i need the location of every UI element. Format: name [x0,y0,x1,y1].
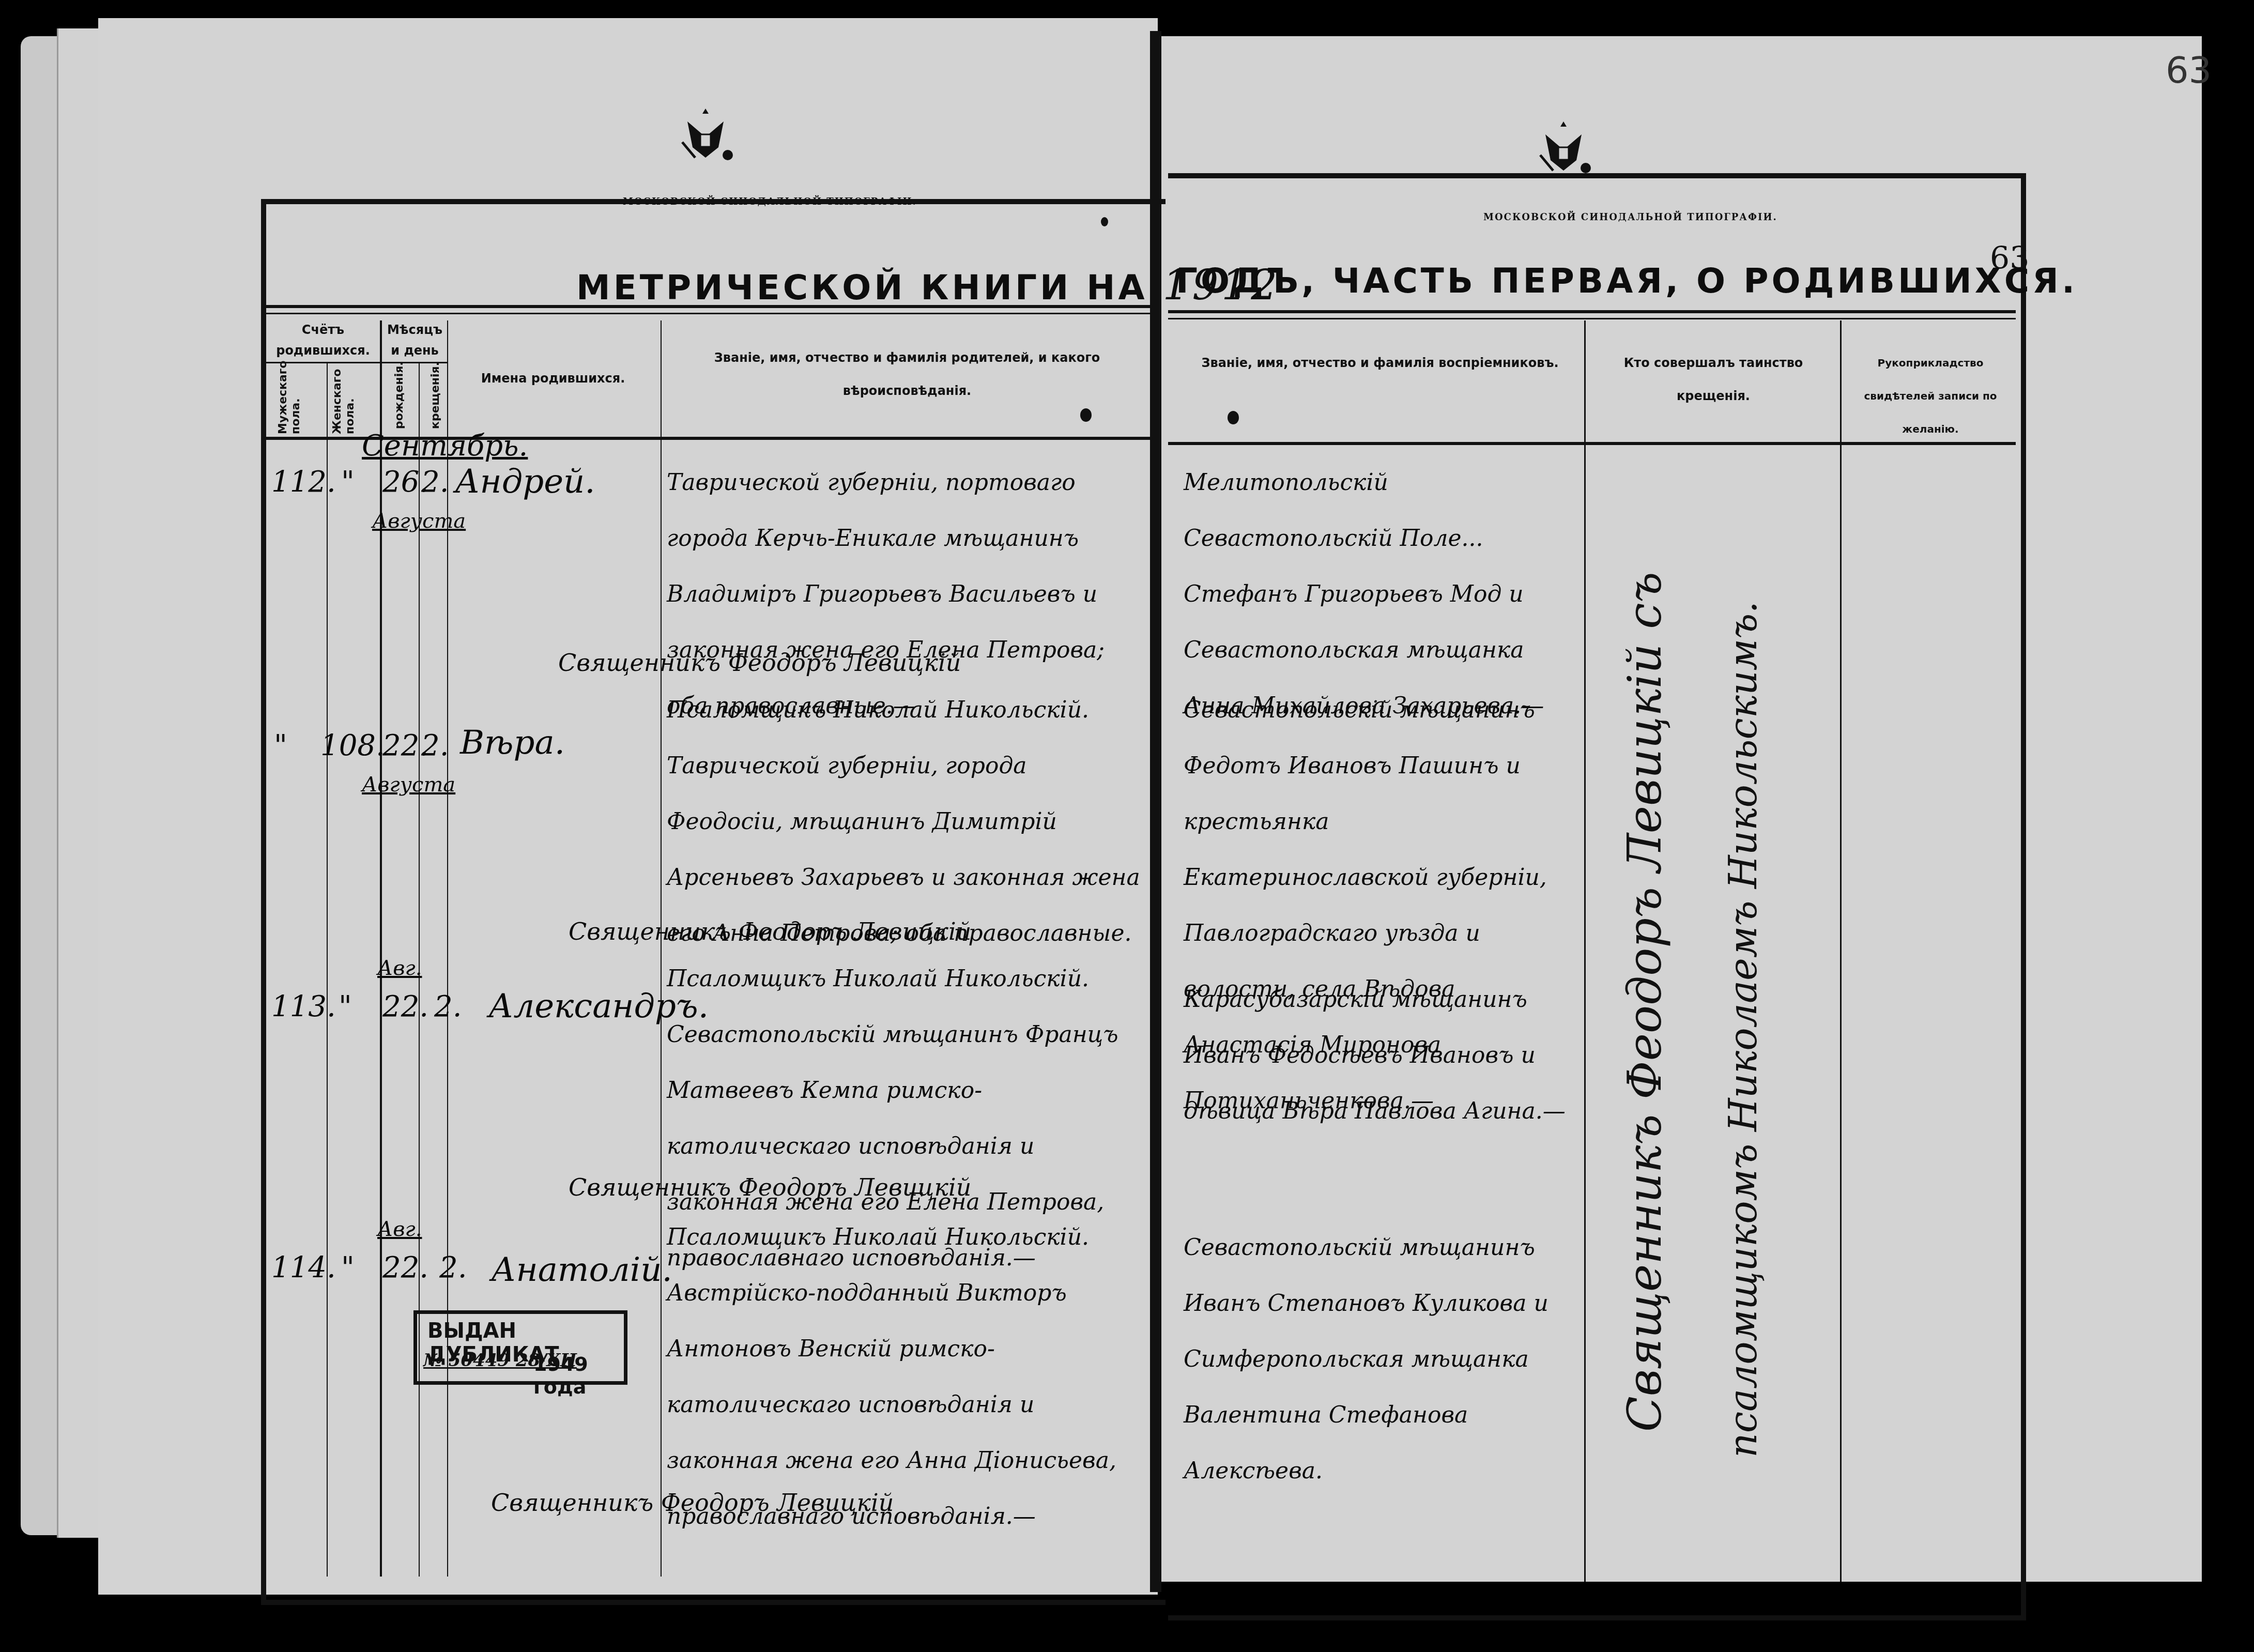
col-divider [1840,320,1842,1582]
female-number: 108. [320,729,385,762]
godparents-text: Севастопольскій мѣщанинъ Иванъ Степановъ… [1184,1220,1576,1499]
godparents-text: Карасубазарскій мѣщанинъ Иванъ Федосѣевъ… [1184,972,1576,1139]
col-subheader-rule [266,362,447,363]
baptism-day: 2. [434,990,462,1023]
col-divider [327,362,328,1577]
baptism-day: 2. [421,465,449,499]
baptism-day: 2. [439,1251,467,1284]
birth-day: 22. [382,1251,428,1284]
col-header-baptism: крещенія. [429,372,442,429]
entry-signature: Священникъ Феодоръ Левицкій [558,649,961,677]
entry-signature: Священникъ Феодоръ Левицкій [569,917,971,945]
col-header-names: Имена родившихся. [450,362,656,395]
stamp-year: 1949 года [533,1353,624,1398]
entry-signature: Священникъ Феодоръ Левицкій [491,1489,894,1517]
month-heading: Сентябрь. [362,429,528,463]
pencil-page-number: 63 [2166,49,2212,91]
col-divider [661,320,662,1577]
binding-hole [1228,411,1239,424]
imperial-eagle-crest-icon [667,106,744,173]
col-header-witnesses: Рукоприкладство свидѣтелей записи по жел… [1845,346,2016,446]
page-title-left: МЕТРИЧЕСКОЙ КНИГИ НА 1912 [576,261,1280,309]
birth-month: Авг. [377,956,422,980]
male-number: 112. [271,465,336,499]
binding-hole [1080,408,1092,422]
male-number: " [274,729,287,762]
birth-month: Авг. [377,1217,422,1241]
col-header-performer: Кто совершалъ таинство крещенія. [1592,346,1835,412]
binding-hole [1101,217,1108,226]
page-title-right: ГОДЪ, ЧАСТЬ ПЕРВАЯ, О РОДИВШИХСЯ. [1176,261,2078,301]
female-number: " [341,465,355,499]
male-number: 114. [271,1251,336,1284]
male-number: 113. [271,990,336,1023]
female-number: " [341,1251,355,1284]
child-name: Андрей. [455,463,595,501]
performer-vertical-line1: Священникъ Феодоръ Левицкій съ [1618,450,1672,1432]
header-rule [1168,310,2016,313]
header-rule [1168,318,2016,319]
col-header-count: Счётъ родившихся. [269,319,377,361]
col-header-parents: Званіе, имя, отчество и фамилія родителе… [667,341,1147,407]
col-header-male: Мужескаго пола. [277,372,302,434]
birth-day: 22. [382,990,428,1023]
female-number: " [339,990,352,1023]
header-rule [266,313,1153,314]
col-header-female: Женскаго пола. [331,372,357,434]
printed-page-number: 63 [1990,240,2029,277]
col-header-godparents: Званіе, имя, отчество и фамилія воспріем… [1189,346,1571,379]
col-divider [1584,320,1586,1582]
birth-month: Августа [362,773,455,797]
birth-month: Августа [372,509,466,533]
col-header-date: Мѣсяцъ и день [382,319,447,361]
performer-vertical-line2: псаломщикомъ Николаемъ Никольскимъ. [1721,450,1766,1458]
child-name: Вѣра. [460,724,565,762]
duplicate-issued-stamp: ВЫДАН ДУБЛИКАТ № 50449 28/XII 1949 года [413,1310,627,1385]
header-rule [266,305,1153,308]
entry-signature: Священникъ Феодоръ Левицкій [569,1173,971,1201]
col-header-birth: рожденія. [393,372,406,429]
baptism-day: 2. [421,729,449,762]
child-name: Анатолій. [491,1251,672,1289]
